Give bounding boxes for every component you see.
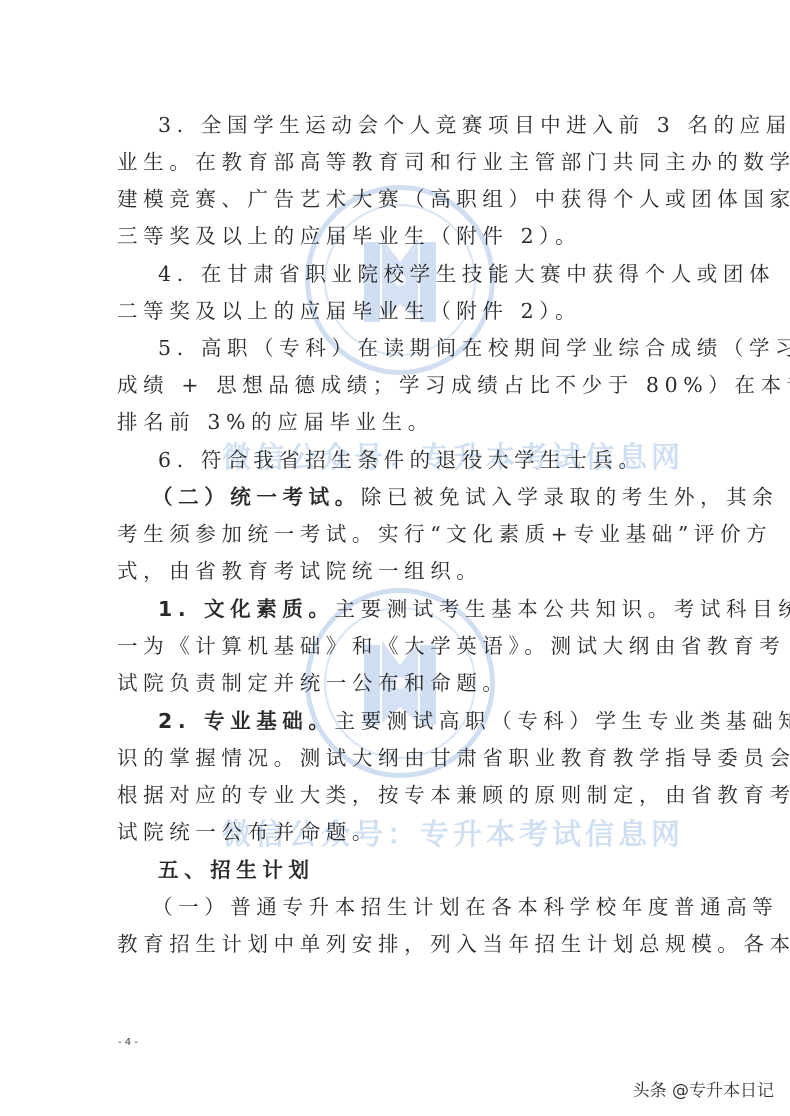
paragraph-line: 排名前 3%的应届毕业生。 <box>117 407 677 437</box>
item-heading: 1. 文化素质。 <box>158 597 335 621</box>
paragraph-line: 考生须参加统一考试。实行“文化素质+专业基础”评价方 <box>117 519 677 549</box>
paragraph-line: 三等奖及以上的应届毕业生（附件 2）。 <box>117 221 677 251</box>
document-page: 微信公众号：专升本考试信息网 微信公众号：专升本考试信息网 3. 全国学生运动会… <box>0 0 790 1116</box>
page-number: - 4 - <box>118 1037 138 1048</box>
paragraph-line: 4. 在甘肃省职业院校学生技能大赛中获得个人或团体 <box>158 259 718 289</box>
paragraph-line: 式，由省教育考试院统一组织。 <box>117 556 677 586</box>
paragraph-line: 5. 高职（专科）在读期间在校期间学业综合成绩（学习 <box>158 333 718 363</box>
item-body: 主要测试考生基本公共知识。考试科目统 <box>335 597 790 621</box>
paragraph-line: 二等奖及以上的应届毕业生（附件 2）。 <box>117 296 677 326</box>
item-culture: 1. 文化素质。主要测试考生基本公共知识。考试科目统 <box>158 594 718 624</box>
section-body: 除已被免试入学录取的考生外，其余 <box>361 485 779 509</box>
paragraph-line: 一为《计算机基础》和《大学英语》。测试大纲由省教育考 <box>117 631 677 661</box>
paragraph-line: 建模竞赛、广告艺术大赛（高职组）中获得个人或团体国家 <box>117 184 677 214</box>
section-heading: （二）统一考试。 <box>152 485 361 509</box>
paragraph-line: （一）普通专升本招生计划在各本科学校年度普通高等 <box>152 892 712 922</box>
item-heading: 2. 专业基础。 <box>158 709 335 733</box>
paragraph-line: 识的掌握情况。测试大纲由甘肃省职业教育教学指导委员会 <box>117 743 677 773</box>
source-credit: 头条 @专升本日记 <box>633 1076 774 1101</box>
paragraph-line: 6. 符合我省招生条件的退役大学生士兵。 <box>158 445 718 475</box>
section-unified-exam: （二）统一考试。除已被免试入学录取的考生外，其余 <box>152 482 712 512</box>
item-body: 主要测试高职（专科）学生专业类基础知 <box>335 709 790 733</box>
paragraph-line: 试院统一公布并命题。 <box>117 817 677 847</box>
section-five-heading: 五、招生计划 <box>158 855 718 885</box>
paragraph-line: 3. 全国学生运动会个人竞赛项目中进入前 3 名的应届毕 <box>158 110 718 140</box>
paragraph-line: 教育招生计划中单列安排，列入当年招生计划总规模。各本 <box>117 929 677 959</box>
paragraph-line: 试院负责制定并统一公布和命题。 <box>117 668 677 698</box>
paragraph-line: 成绩 + 思想品德成绩；学习成绩占比不少于 80%）在本专业 <box>117 370 677 400</box>
paragraph-line: 业生。在教育部高等教育司和行业主管部门共同主办的数学 <box>117 147 677 177</box>
paragraph-line: 根据对应的专业大类，按专本兼顾的原则制定，由省教育考 <box>117 780 677 810</box>
item-professional: 2. 专业基础。主要测试高职（专科）学生专业类基础知 <box>158 706 718 736</box>
